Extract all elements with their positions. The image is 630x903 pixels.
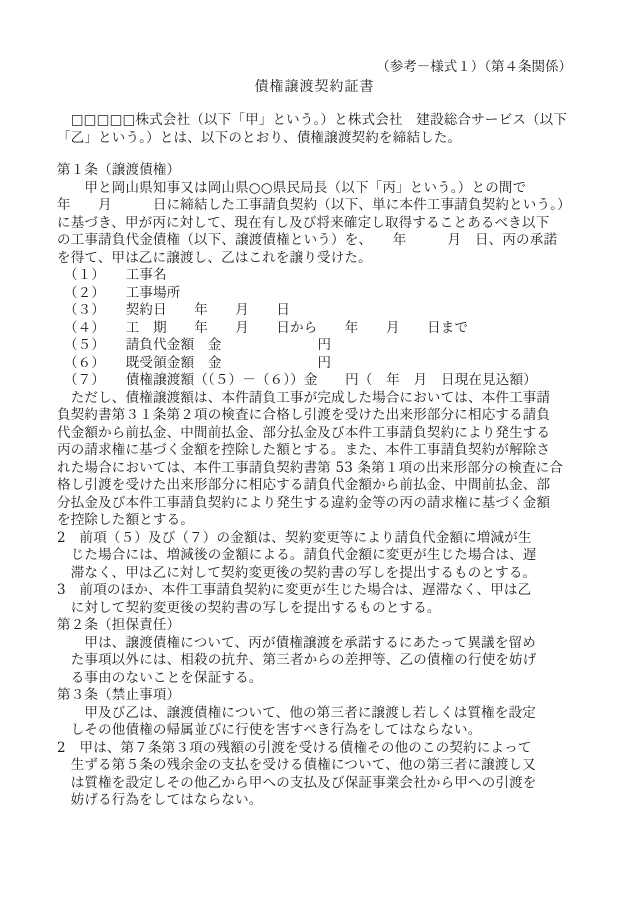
text-line: 2 前項（５）及び（７）の金額は、契約変更等により請負代金額に増減が生 [57,530,572,548]
text-line: ただし、債権譲渡額は、本件請負工事が完成した場合においては、本件工事請 [57,390,572,408]
text-line: 甲は、譲渡債権について、丙が債権譲渡を承諾するにあたって異議を留め [57,635,572,653]
text-line: を得て、甲は乙に譲渡し、乙はこれを譲り受けた。 [57,250,572,268]
text-line: 生ずる第５条の残余金の支払を受ける債権について、他の第三者に譲渡し又 [57,757,572,775]
text-line: 代金額から前払金、中間前払金、部分払金及び本件工事請負契約により発生する [57,425,572,443]
text-line: じた場合には、増減後の金額による。請負代金額に変更が生じた場合は、遅 [57,547,572,565]
text-line: に基づき、甲が丙に対して、現在有し及び将来確定し取得することあるべき以下 [57,215,572,233]
text-line: を控除した額とする。 [57,512,572,530]
text-line: 甲及び乙は、譲渡債権について、他の第三者に譲渡し若しくは質権を設定 [57,705,572,723]
text-line: は質権を設定しその他乙から甲への支払及び保証事業会社から甲への引渡を [57,775,572,793]
intro-paragraph: □□□□□株式会社（以下「甲」という。）と株式会社 建設総合サービス（以下「乙」… [57,112,572,147]
text-line: る事由のないことを保証する。 [57,670,572,688]
form-reference-note: （参考－様式１）（第４条関係） [57,59,572,77]
text-line: 3 前項のほか、本件工事請負契約に変更が生じた場合は、遅滞なく、甲は乙 [57,582,572,600]
text-line: 分払金及び本件工事請負契約により発生する違約金等の丙の請求権に基づく金額 [57,495,572,513]
text-line: 負契約書第３１条第２項の検査に合格し引渡を受けた出来形部分に相応する請負 [57,407,572,425]
text-line: 第１条（譲渡債権） [57,162,572,180]
text-line: 第３条（禁止事項） [57,687,572,705]
text-line: 「乙」という。）とは、以下のとおり、債権譲渡契約を締結した。 [57,130,572,148]
text-line: 第２条（担保責任） [57,617,572,635]
text-line: れた場合においては、本件工事請負契約書第 53 条第１項の出来形部分の検査に合 [57,460,572,478]
text-line: 甲と岡山県知事又は岡山県○○県民局長（以下「丙」という。）との間で [57,180,572,198]
text-line: （５） 請負代金額 金 円 [57,337,572,355]
text-line: しその他債権の帰属並びに行使を害すべき行為をしてはならない。 [57,722,572,740]
text-line: 2 甲は、第７条第３項の残額の引渡を受ける債権その他のこの契約によって [57,740,572,758]
text-line: （７） 債権譲渡額（（５）－（６））金 円（ 年 月 日現在見込額） [57,372,572,390]
text-line: （４） 工 期 年 月 日から 年 月 日まで [57,320,572,338]
text-line: □□□□□株式会社（以下「甲」という。）と株式会社 建設総合サービス（以下 [57,112,572,130]
text-line: 格し引渡を受けた出来形部分に相応する請負代金額から前払金、中間前払金、部 [57,477,572,495]
text-line: た事項以外には、相殺の抗弁、第三者からの差押等、乙の債権の行使を妨げ [57,652,572,670]
text-line: 滞なく、甲は乙に対して契約変更後の契約書の写しを提出するものとする。 [57,565,572,583]
document-title: 債権譲渡契約証書 [57,79,572,97]
text-line: （６） 既受領金額 金 円 [57,355,572,373]
text-line: （３） 契約日 年 月 日 [57,302,572,320]
text-line: （１） 工事名 [57,267,572,285]
contract-body: 第１条（譲渡債権） 甲と岡山県知事又は岡山県○○県民局長（以下「丙」という。）と… [57,162,572,810]
text-line: の工事請負代金債権（以下、譲渡債権という）を、 年 月 日、丙の承諾 [57,232,572,250]
text-line: 年 月 日に締結した工事請負契約（以下、単に本件工事請負契約という。） [57,197,572,215]
contract-document-page: （参考－様式１）（第４条関係） 債権譲渡契約証書 □□□□□株式会社（以下「甲」… [0,0,630,903]
text-line: 妨げる行為をしてはならない。 [57,792,572,810]
text-line: （２） 工事場所 [57,285,572,303]
text-line: に対して契約変更後の契約書の写しを提出するものとする。 [57,600,572,618]
text-line: 丙の請求権に基づく金額を控除した額とする。また、本件工事請負契約が解除さ [57,442,572,460]
